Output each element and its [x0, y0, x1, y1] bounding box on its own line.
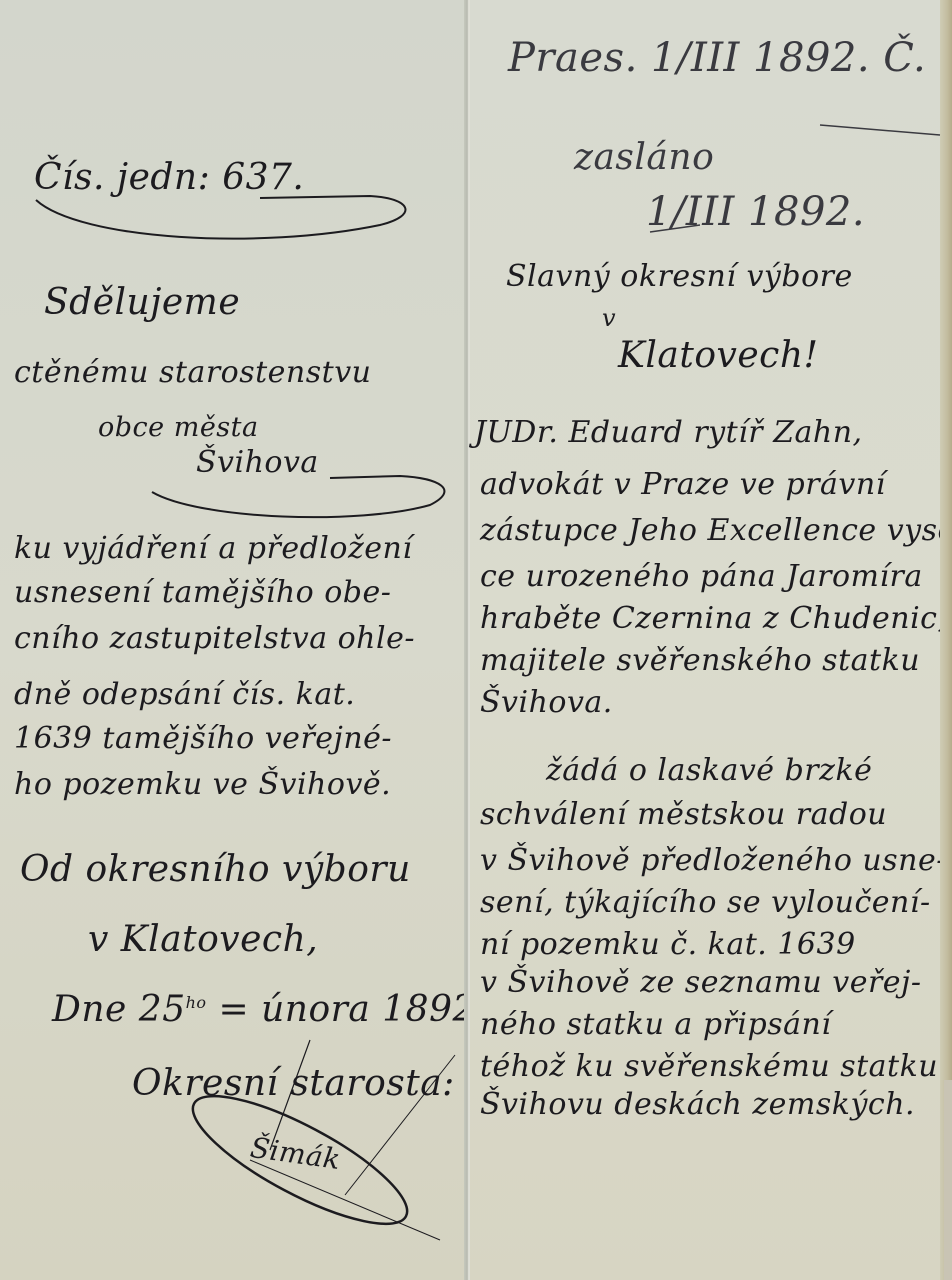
date-suffix: = února 1892.	[219, 989, 488, 1030]
body-line: schválení městskou radou	[480, 800, 887, 830]
reference-number: Čís. jedn: 637.	[34, 160, 304, 196]
text-line: cního zastupitelstva ohle-	[14, 624, 415, 654]
text-line: ho pozemku ve Švihově.	[14, 770, 391, 800]
signatory-title: Okresní starosta:	[132, 1066, 455, 1102]
body-line: ní pozemku č. kat. 1639	[480, 930, 856, 960]
underlying-printed-page	[944, 1080, 952, 1280]
salutation-preposition: v	[602, 306, 616, 330]
letter-sheet: Čís. jedn: 637. Sdělujeme ctěnému staros…	[0, 0, 952, 1280]
closing-from: Od okresního výboru	[20, 852, 411, 888]
text-line: 1639 tamějšího veřejné-	[14, 724, 392, 754]
text-line: obce města	[98, 414, 259, 441]
salutation-place: Klatovech!	[618, 338, 818, 374]
body-line: ného statku a připsání	[480, 1010, 831, 1040]
body-line: téhož ku svěřenskému statku	[480, 1052, 938, 1082]
received-stamp: Praes. 1/III 1892. Č. 139.	[508, 38, 952, 78]
text-line: ku vyjádření a předložení	[14, 534, 412, 564]
body-line: žádá o laskavé brzké	[546, 756, 872, 786]
body-line: majitele svěřenského statku	[480, 646, 920, 676]
left-page: Čís. jedn: 637. Sdělujeme ctěnému staros…	[0, 0, 466, 1280]
body-line: advokát v Praze ve právní	[480, 470, 886, 500]
date-superscript: ho	[186, 993, 207, 1012]
signature: Šimák	[248, 1134, 342, 1174]
right-page: Praes. 1/III 1892. Č. 139. zasláno 1/III…	[470, 0, 940, 1280]
received-label: zasláno	[574, 140, 714, 176]
body-line: Švihovu deskách zemských.	[480, 1090, 915, 1120]
body-line: sení, týkajícího se vyloučení-	[480, 888, 931, 918]
body-line: v Švihově předloženého usne-	[480, 846, 947, 876]
body-line: JUDr. Eduard rytíř Zahn,	[474, 418, 863, 448]
closing-date: Dne 25ho = února 1892.	[52, 992, 488, 1028]
text-line: usnesení tamějšího obe-	[14, 578, 391, 608]
body-line: v Švihově ze seznamu veřej-	[480, 968, 922, 998]
body-line: Švihova.	[480, 688, 613, 718]
body-line: hraběte Czernina z Chudenic,	[480, 604, 948, 634]
text-line: ctěnému starostenstvu	[14, 358, 371, 388]
body-line: ce urozeného pána Jaromíra	[480, 562, 923, 592]
salutation: Slavný okresní výbore	[506, 262, 853, 292]
heading: Sdělujeme	[44, 285, 240, 321]
town-name: Švihova	[196, 448, 319, 478]
closing-place: v Klatovech,	[88, 922, 318, 958]
date-prefix: Dne 25	[52, 989, 186, 1030]
text-line: dně odepsání čís. kat.	[14, 680, 355, 710]
body-line: zástupce Jeho Excellence vyso-	[480, 516, 952, 546]
received-date: 1/III 1892.	[646, 192, 865, 232]
